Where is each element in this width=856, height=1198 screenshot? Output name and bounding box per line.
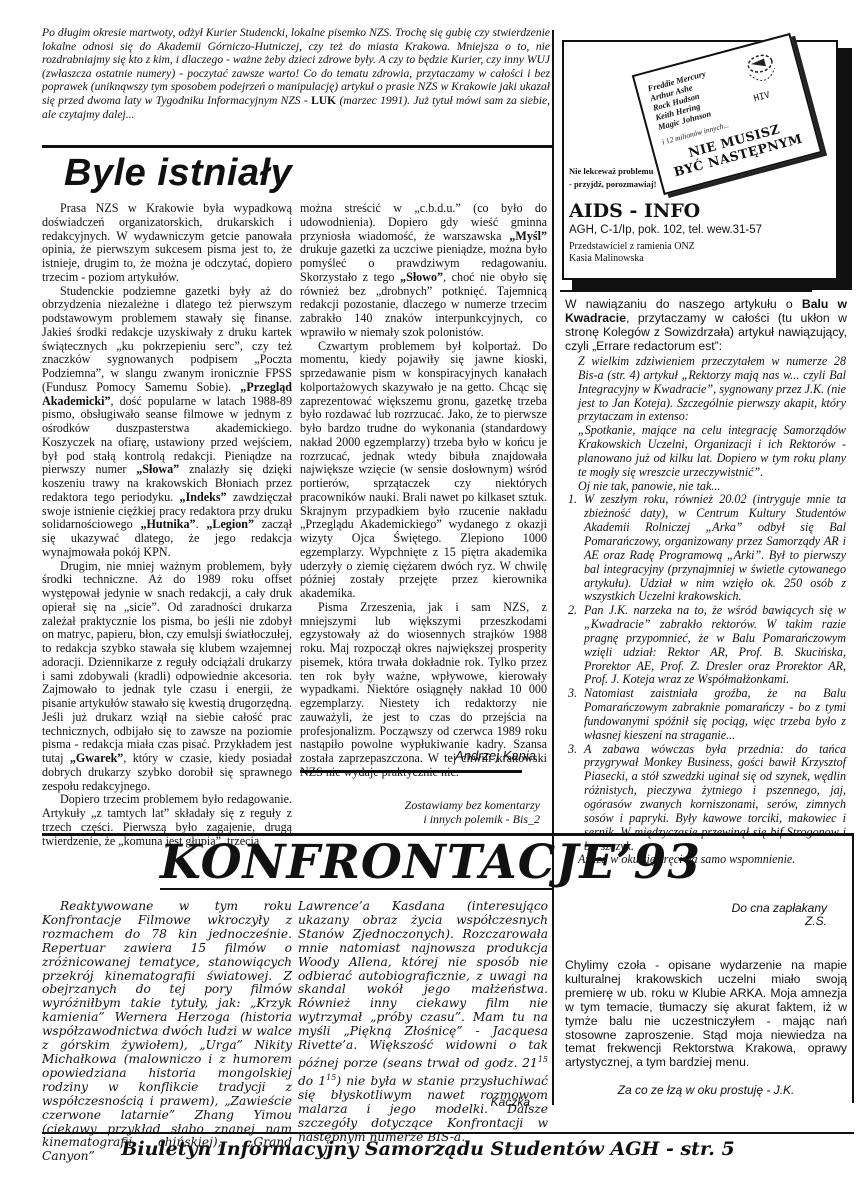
card-names-list: Freddie MercuryArthur AsheRock HudsonKei… — [646, 68, 717, 132]
quote-list-item: 3.Natomiast zaistniała groźba, że na Bal… — [568, 687, 846, 742]
aids-address: AGH, C-1/Ip, pok. 102, tel. wew.31-57 — [569, 224, 762, 236]
aids-tagline: Nie lekceważ problemu - przyjdź, porozma… — [569, 165, 656, 191]
balu-intro-text: W nawiązaniu do naszego artykułu o — [565, 297, 802, 311]
balu-sign-line-1: Do cna zapłakany — [565, 902, 827, 915]
editor-note: Zostawiamy bez komentarzy i innych polem… — [300, 798, 540, 826]
footer-rule — [42, 1132, 854, 1134]
cartoon-figure-icon — [732, 44, 792, 99]
konfrontacje-title-underline — [160, 888, 552, 890]
publication-name: „Słowo” — [400, 270, 443, 284]
aids-title: AIDS - INFO — [569, 200, 700, 222]
konfrontacje-col2-text-a: Lawrence’a Kasdana (interesująco ukazany… — [298, 899, 548, 1070]
publication-name: „Legion” — [206, 517, 254, 531]
article-paragraph: Prasa NZS w Krakowie była wypadkową dośw… — [42, 202, 292, 285]
publication-name: „Gwarek” — [70, 751, 124, 765]
publication-name: „Indeks” — [180, 490, 227, 504]
balu-signature: Do cna zapłakany Z.S. — [565, 902, 827, 928]
aids-divider — [560, 290, 812, 292]
intro-paragraph: Po długim okresie martwoty, odżył Kurier… — [42, 26, 550, 121]
konfrontacje-col1-text: Reaktywowane w tym roku Konfrontacje Fil… — [42, 900, 292, 1164]
article-paragraph: Czwartym problemem był kolportaż. Do mom… — [300, 340, 547, 601]
konfrontacje-right-rule — [852, 833, 854, 1103]
editor-note-line-2: i innych polemik - Bis_2 — [300, 812, 540, 826]
quote-list-item: 2.Pan J.K. narzeka na to, że wśród bawią… — [568, 604, 846, 687]
publication-name: „Przegląd Akademicki” — [42, 380, 292, 408]
konfrontacje-title: KONFRONTACJE’93 — [160, 835, 701, 890]
quote-list-item: 1.W zeszłym roku, również 20.02 (intrygu… — [568, 493, 846, 604]
list-text: W zeszłym roku, również 20.02 (intryguje… — [584, 493, 846, 604]
list-number: 2. — [568, 604, 584, 687]
publication-name: „Słowa” — [136, 462, 179, 476]
article-paragraph: Drugim, nie mniej ważnym problemem, były… — [42, 560, 292, 794]
quote-paragraph-1: Z wielkim zdziwieniem przeczytałem w num… — [568, 355, 846, 424]
aids-representative: Przedstawiciel z ramienia ONZ Kasia Mali… — [569, 241, 695, 265]
article-column-2: można streścić w „c.b.d.u.” (co było do … — [300, 202, 547, 780]
list-number: 1. — [568, 493, 584, 604]
list-text: Pan J.K. narzeka na to, że wśród bawiący… — [584, 604, 846, 687]
balu-reply-signature: Za co ze łzą w oku prostuję - J.K. — [565, 1083, 847, 1097]
time-superscript-2: 15 — [326, 1073, 336, 1082]
intro-bold-luk: LUK — [311, 94, 336, 107]
konfrontacje-column-1: Reaktywowane w tym roku Konfrontacje Fil… — [42, 900, 292, 1164]
article-paragraph: Studenckie podziemne gazetki były aż do … — [42, 285, 292, 560]
list-text: Natomiast zaistniała groźba, że na Balu … — [584, 687, 846, 742]
balu-quote: Z wielkim zdziwieniem przeczytałem w num… — [568, 355, 846, 867]
aids-rep-name: Kasia Malinowska — [569, 253, 695, 265]
page-footer: Biuletyn Informacyjny Samorządu Studentó… — [0, 1138, 856, 1160]
aids-tagline-line-2: - przyjdź, porozmawiaj! — [569, 178, 656, 191]
balu-sign-initials: Z.S. — [565, 915, 827, 928]
publication-name: „Hutnika” — [140, 517, 195, 531]
konfrontacje-author: Kaczka — [298, 1095, 530, 1109]
article-title: Byle istniały — [64, 152, 292, 195]
quote-paragraph-2: „Spotkanie, mające na celu integrację Sa… — [568, 424, 846, 479]
balu-reply: Chylimy czoła - opisane wydarzenie na ma… — [565, 959, 847, 1070]
article-author: Andrzej Kania — [300, 748, 536, 763]
quote-numbered-list: 1.W zeszłym roku, również 20.02 (intrygu… — [568, 493, 846, 853]
article-paragraph: można streścić w „c.b.d.u.” (co było do … — [300, 202, 547, 340]
aids-tagline-line-1: Nie lekceważ problemu — [569, 165, 656, 178]
konfrontacje-col2-text-b: do 1 — [298, 1074, 326, 1088]
author-underline — [300, 770, 522, 773]
article-column-1: Prasa NZS w Krakowie była wypadkową dośw… — [42, 202, 292, 848]
editor-note-line-1: Zostawiamy bez komentarzy — [300, 798, 540, 812]
intro-divider — [42, 145, 552, 148]
list-number: 3. — [568, 687, 584, 742]
publication-name: „Myśl” — [509, 229, 547, 243]
aids-rep-line-1: Przedstawiciel z ramienia ONZ — [569, 241, 695, 253]
time-superscript-1: 15 — [538, 1055, 548, 1064]
balu-intro: W nawiązaniu do naszego artykułu o Balu … — [565, 298, 847, 354]
quote-paragraph-3: Oj nie tak, panowie, nie tak... — [568, 480, 846, 494]
column-divider — [552, 30, 554, 1105]
